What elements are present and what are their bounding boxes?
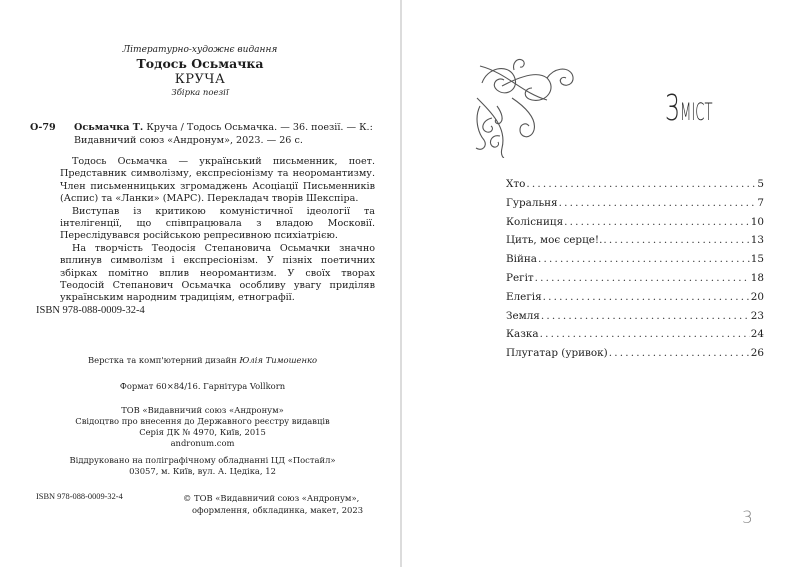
toc-entry-title: Земля	[506, 310, 540, 322]
printer-name: Віддруковано на поліграфічному обладнанн…	[30, 455, 375, 466]
toc-entry[interactable]: Елегія..................................…	[506, 291, 764, 310]
publisher-name: ТОВ «Видавничий союз «Андронум»	[30, 405, 375, 416]
format-info: Формат 60×84/16. Гарнітура Vollkorn	[30, 381, 375, 392]
contents-heading: ЗМІСТ	[665, 88, 739, 129]
abstract-paragraph: На творчість Теодосія Степановича Осьмач…	[60, 243, 375, 305]
abstract: Тодось Осьмачка — український письменник…	[60, 156, 375, 305]
table-of-contents: Хто.....................................…	[506, 178, 764, 366]
footer-isbn: ISBN 978-088-0009-32-4	[36, 492, 123, 501]
toc-entry-title: Хто	[506, 178, 525, 190]
toc-entry-title: Казка	[506, 328, 539, 340]
toc-entry[interactable]: Гуральня................................…	[506, 197, 764, 216]
contents-heading-rest: МІСТ	[680, 98, 713, 126]
isbn: ISBN 978-088-0009-32-4	[36, 305, 145, 316]
dot-leader: ........................................…	[538, 253, 750, 265]
toc-entry[interactable]: Цить, моє серце!........................…	[506, 234, 764, 253]
book-title: КРУЧА	[90, 72, 310, 88]
abstract-paragraph: Тодось Осьмачка — український письменник…	[60, 156, 375, 206]
toc-entry-page: 26	[751, 347, 764, 359]
copyright-line: © ТОВ «Видавничий союз «Андронум»,	[183, 492, 363, 504]
book-author: Тодось Осьмачка	[90, 56, 310, 72]
toc-entry-page: 13	[751, 234, 764, 246]
toc-entry-title: Колісниця	[506, 216, 563, 228]
toc-entry-title: Регіт	[506, 272, 534, 284]
copyright-line: оформлення, обкладинка, макет, 2023	[183, 504, 363, 516]
title-block: Літературно-художнє видання Тодось Осьма…	[90, 44, 310, 99]
toc-entry-page: 18	[751, 272, 764, 284]
registry-line: Свідоцтво про внесення до Державного реє…	[30, 416, 375, 427]
toc-entry-page: 24	[751, 328, 764, 340]
toc-entry-title: Цить, моє серце!.	[506, 234, 602, 246]
dot-leader: ........................................…	[609, 347, 750, 359]
dot-leader: ........................................…	[559, 197, 757, 209]
website: andronum.com	[30, 438, 375, 449]
contents-heading-initial: З	[665, 88, 679, 129]
abstract-paragraph: Виступав із критикою комуністичної ідеол…	[60, 206, 375, 243]
printer-info: Віддруковано на поліграфічному обладнанн…	[30, 455, 375, 477]
dot-leader: ........................................…	[526, 178, 756, 190]
dot-leader: ........................................…	[543, 291, 750, 303]
toc-entry[interactable]: Колісниця...............................…	[506, 216, 764, 235]
dot-leader: ........................................…	[564, 216, 750, 228]
toc-entry[interactable]: Війна...................................…	[506, 253, 764, 272]
classification-code: О-79	[30, 121, 56, 134]
dot-leader: ........................................…	[603, 234, 749, 246]
toc-entry[interactable]: Хто.....................................…	[506, 178, 764, 197]
left-page-imprint: Літературно-художнє видання Тодось Осьма…	[0, 0, 400, 567]
toc-entry-page: 5	[757, 178, 764, 190]
toc-entry-title: Війна	[506, 253, 537, 265]
copyright: © ТОВ «Видавничий союз «Андронум», оформ…	[183, 492, 363, 516]
bibliographic-entry: О-79 Осьмачка Т. Круча / Тодось Осьмачка…	[30, 121, 375, 147]
series-line: Серія ДК № 4970, Київ, 2015	[30, 427, 375, 438]
edition-type: Літературно-художнє видання	[90, 44, 310, 56]
toc-entry-title: Плугатар (уривок)	[506, 347, 608, 359]
toc-entry-page: 15	[751, 253, 764, 265]
layout-designer: Юлія Тимошенко	[239, 355, 317, 365]
dot-leader: ........................................…	[540, 328, 750, 340]
toc-entry-title: Елегія	[506, 291, 542, 303]
flourish-ornament-icon	[452, 48, 582, 158]
toc-entry[interactable]: Земля...................................…	[506, 310, 764, 329]
layout-credit: Верстка та комп'ютерний дизайн Юлія Тимо…	[30, 355, 375, 366]
toc-entry-page: 23	[751, 310, 764, 322]
toc-entry-page: 10	[751, 216, 764, 228]
toc-entry-page: 7	[757, 197, 764, 209]
toc-entry[interactable]: Казка...................................…	[506, 328, 764, 347]
layout-label: Верстка та комп'ютерний дизайн	[88, 355, 237, 365]
toc-entry-page: 20	[751, 291, 764, 303]
book-subtitle: Збірка поезії	[90, 88, 310, 99]
printer-address: 03057, м. Київ, вул. А. Цедіка, 12	[30, 466, 375, 477]
page-number: 3	[742, 508, 753, 528]
publisher-info: ТОВ «Видавничий союз «Андронум» Свідоцтв…	[30, 405, 375, 449]
dot-leader: ........................................…	[541, 310, 750, 322]
bib-author: Осьмачка Т.	[74, 122, 143, 133]
toc-entry[interactable]: Плугатар (уривок).......................…	[506, 347, 764, 366]
dot-leader: ........................................…	[535, 272, 750, 284]
toc-entry[interactable]: Регіт...................................…	[506, 272, 764, 291]
toc-entry-title: Гуральня	[506, 197, 558, 209]
